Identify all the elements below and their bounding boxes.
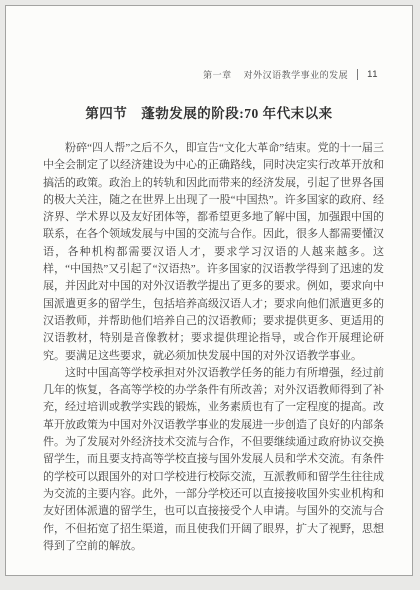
book-page: 第一章 对外汉语教学事业的发展 11 第四节 蓬勃发展的阶段:70 年代末以来 … [5, 5, 413, 576]
page-number: 11 [367, 69, 378, 80]
running-header: 第一章 对外汉语教学事业的发展 11 [43, 68, 378, 81]
paragraph: 粉碎“四人帮”之后不久，即宣告“文化大革命”结束。党的十一届三中全会制定了以经济… [43, 140, 384, 365]
section-title: 第四节 蓬勃发展的阶段:70 年代末以来 [6, 102, 412, 122]
header-chapter-title: 对外汉语教学事业的发展 [244, 68, 349, 81]
header-separator-rule [357, 69, 358, 80]
scanned-book-page-viewer: { "header": { "chapter": "第一章", "chapter… [0, 0, 420, 590]
body-text: 粉碎“四人帮”之后不久，即宣告“文化大革命”结束。党的十一届三中全会制定了以经济… [43, 140, 384, 555]
header-chapter-label: 第一章 [203, 68, 232, 81]
paragraph: 这时中国高等学校承担对外汉语教学任务的能力有所增强，经过前几年的恢复，各高等学校… [43, 365, 384, 555]
